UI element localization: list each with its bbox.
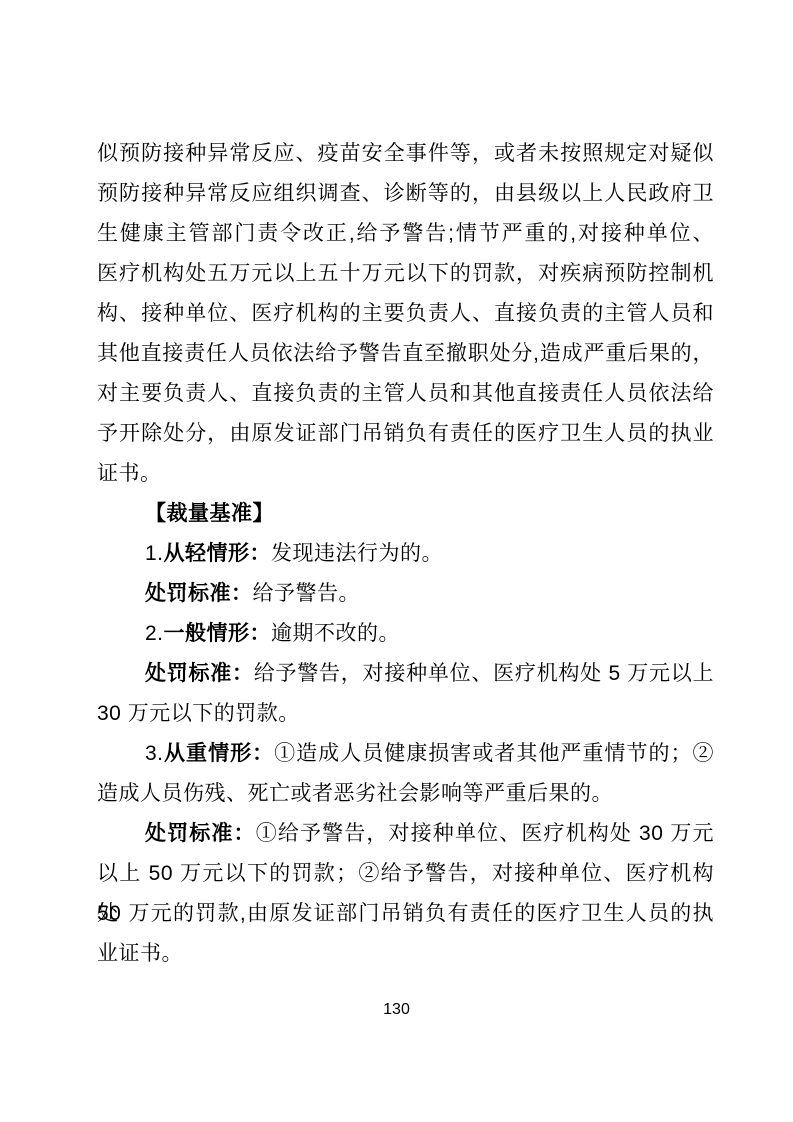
text-line: 2.一般情形：逾期不改的。 bbox=[97, 614, 714, 654]
text-line: 【裁量基准】 bbox=[97, 494, 714, 534]
document-page: 似预防接种异常反应、疫苗安全事件等，或者未按照规定对疑似预防接种异常反应组织调查… bbox=[0, 0, 793, 1122]
bold-text-segment: 从重情形： bbox=[164, 742, 275, 765]
text-segment: 予开除处分，由原发证部门吊销负有责任的医疗卫生人员的执业 bbox=[97, 422, 714, 445]
text-line: 预防接种异常反应组织调查、诊断等的，由县级以上人民政府卫 bbox=[97, 174, 714, 214]
page-number: 130 bbox=[0, 1001, 793, 1019]
bold-text-segment: 一般情形： bbox=[164, 622, 272, 645]
text-line: 业证书。 bbox=[97, 934, 714, 974]
text-segment: 造成人员伤残、死亡或者恶劣社会影响等严重后果的。 bbox=[97, 782, 613, 805]
text-line: 1.从轻情形：发现违法行为的。 bbox=[97, 534, 714, 574]
text-segment: 给予警告。 bbox=[253, 582, 361, 605]
text-line: 似预防接种异常反应、疫苗安全事件等，或者未按照规定对疑似 bbox=[97, 134, 714, 174]
text-line: 处罚标准：给予警告，对接种单位、医疗机构处 5 万元以上 bbox=[97, 654, 714, 694]
text-line: 其他直接责任人员依法给予警告直至撤职处分,造成严重后果的， bbox=[97, 334, 714, 374]
text-segment: ①造成人员健康损害或者其他严重情节的；② bbox=[274, 742, 714, 765]
text-segment: 3. bbox=[145, 742, 164, 765]
text-segment: 似预防接种异常反应、疫苗安全事件等，或者未按照规定对疑似 bbox=[97, 142, 714, 165]
text-line: 处罚标准：给予警告。 bbox=[97, 574, 714, 614]
text-segment: 对主要负责人、直接负责的主管人员和其他直接责任人员依法给 bbox=[97, 382, 714, 405]
bold-text-segment: 处罚标准： bbox=[145, 662, 254, 685]
text-line: 医疗机构处五万元以上五十万元以下的罚款，对疾病预防控制机 bbox=[97, 254, 714, 294]
text-line: 造成人员伤残、死亡或者恶劣社会影响等严重后果的。 bbox=[97, 774, 714, 814]
text-segment: 医疗机构处五万元以上五十万元以下的罚款，对疾病预防控制机 bbox=[97, 262, 714, 285]
text-line: 以上 50 万元以下的罚款；②给予警告，对接种单位、医疗机构处 bbox=[97, 854, 714, 894]
text-segment: 50 万元的罚款,由原发证部门吊销负有责任的医疗卫生人员的执 bbox=[97, 902, 714, 925]
text-line: 生健康主管部门责令改正,给予警告;情节严重的,对接种单位、 bbox=[97, 214, 714, 254]
bold-text-segment: 处罚标准： bbox=[145, 822, 256, 845]
bold-text-segment: 【裁量基准】 bbox=[145, 502, 274, 525]
text-segment: 1. bbox=[145, 542, 164, 565]
text-line: 处罚标准：①给予警告，对接种单位、医疗机构处 30 万元 bbox=[97, 814, 714, 854]
text-line: 3.从重情形：①造成人员健康损害或者其他严重情节的；② bbox=[97, 734, 714, 774]
bold-text-segment: 处罚标准： bbox=[145, 582, 253, 605]
document-body: 似预防接种异常反应、疫苗安全事件等，或者未按照规定对疑似预防接种异常反应组织调查… bbox=[97, 134, 714, 974]
text-line: 构、接种单位、医疗机构的主要负责人、直接负责的主管人员和 bbox=[97, 294, 714, 334]
text-segment: 给予警告，对接种单位、医疗机构处 5 万元以上 bbox=[254, 662, 714, 685]
text-segment: 构、接种单位、医疗机构的主要负责人、直接负责的主管人员和 bbox=[97, 302, 714, 325]
text-line: 予开除处分，由原发证部门吊销负有责任的医疗卫生人员的执业 bbox=[97, 414, 714, 454]
text-line: 30 万元以下的罚款。 bbox=[97, 694, 714, 734]
text-line: 50 万元的罚款,由原发证部门吊销负有责任的医疗卫生人员的执 bbox=[97, 894, 714, 934]
bold-text-segment: 从轻情形： bbox=[164, 542, 272, 565]
text-segment: 证书。 bbox=[97, 462, 162, 485]
text-segment: 发现违法行为的。 bbox=[271, 542, 443, 565]
text-segment: 生健康主管部门责令改正,给予警告;情节严重的,对接种单位、 bbox=[97, 222, 714, 245]
text-segment: 业证书。 bbox=[97, 942, 183, 965]
text-segment: 逾期不改的。 bbox=[271, 622, 400, 645]
text-segment: 2. bbox=[145, 622, 164, 645]
text-segment: 30 万元以下的罚款。 bbox=[97, 702, 300, 725]
text-segment: ①给予警告，对接种单位、医疗机构处 30 万元 bbox=[256, 822, 714, 845]
text-segment: 其他直接责任人员依法给予警告直至撤职处分,造成严重后果的， bbox=[97, 342, 714, 365]
text-line: 对主要负责人、直接负责的主管人员和其他直接责任人员依法给 bbox=[97, 374, 714, 414]
text-line: 证书。 bbox=[97, 454, 714, 494]
text-segment: 预防接种异常反应组织调查、诊断等的，由县级以上人民政府卫 bbox=[97, 182, 714, 205]
